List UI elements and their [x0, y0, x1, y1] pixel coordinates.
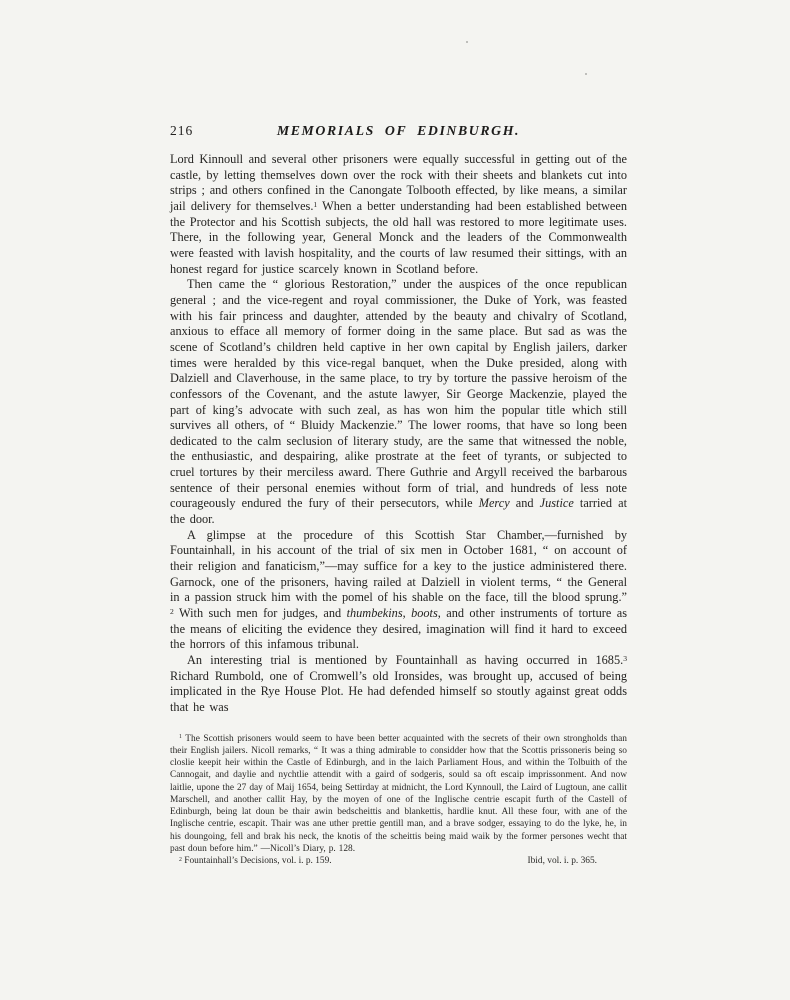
footnote-1: 1 The Scottish prisoners would seem to h…	[170, 733, 627, 856]
book-page: 216 MEMORIALS OF EDINBURGH. Lord Kinnoul…	[170, 122, 627, 867]
running-title: MEMORIALS OF EDINBURGH.	[277, 123, 520, 138]
page-number: 216	[170, 123, 193, 139]
footnote-2: 2 Fountainhall’s Decisions, vol. i. p. 1…	[179, 855, 332, 867]
scan-speck	[466, 41, 468, 43]
page-header: 216 MEMORIALS OF EDINBURGH.	[170, 122, 627, 139]
footnote-3: Ibid, vol. i. p. 365.	[527, 855, 597, 867]
paragraph-star-chamber: A glimpse at the procedure of this Scott…	[170, 528, 627, 653]
footnote-row: 2 Fountainhall’s Decisions, vol. i. p. 1…	[170, 855, 627, 867]
scan-speck	[585, 73, 587, 75]
paragraph-lord-kinnoull: Lord Kinnoull and several other prisoner…	[170, 152, 627, 277]
paragraph-glorious-restoration: Then came the “ glorious Restoration,” u…	[170, 277, 627, 528]
paragraph-rumbold-trial: An interesting trial is mentioned by Fou…	[170, 653, 627, 716]
footnotes-section: 1 The Scottish prisoners would seem to h…	[170, 733, 627, 868]
body-text: Lord Kinnoull and several other prisoner…	[170, 152, 627, 716]
